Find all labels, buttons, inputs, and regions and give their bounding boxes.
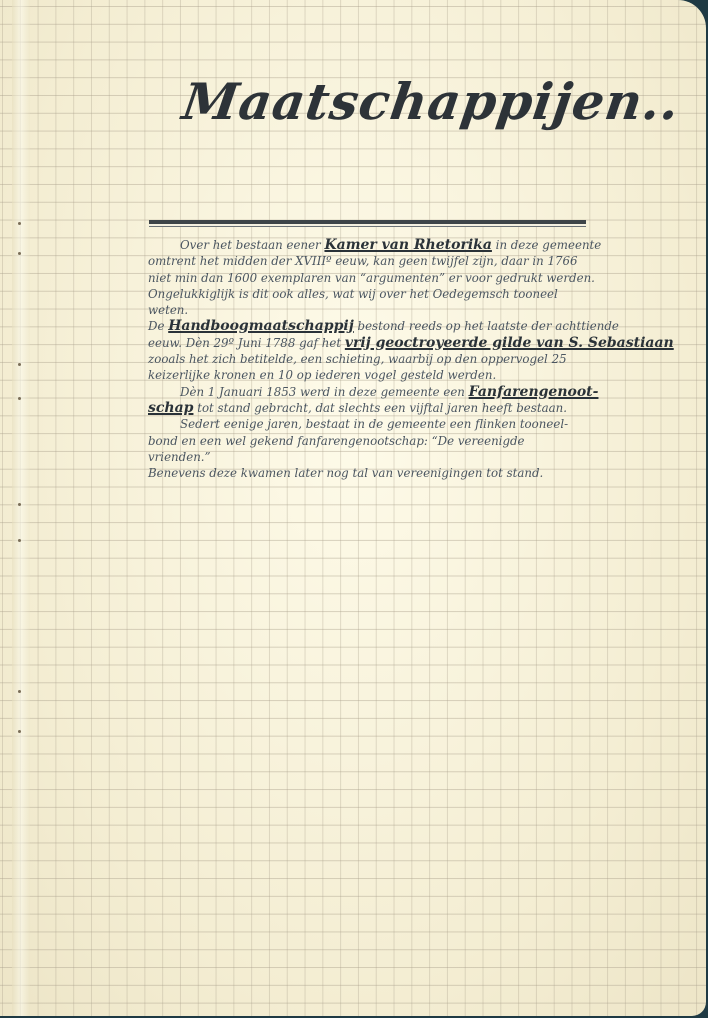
title-underline-divider xyxy=(149,220,586,224)
underlined-heading-phrase: Fanfarengenoot- xyxy=(469,384,599,400)
underlined-heading-phrase: Kamer van Rhetorika xyxy=(324,237,491,253)
margin-hole xyxy=(18,363,21,366)
text-fragment: keizerlijke kronen en 10 op iederen voge… xyxy=(148,368,496,382)
text-fragment: omtrent het midden der XVIIIº eeuw, kan … xyxy=(148,254,578,268)
text-fragment: niet min dan 1600 exemplaren van “argume… xyxy=(148,271,595,285)
text-fragment: De xyxy=(148,319,168,333)
text-line: Benevens deze kwamen later nog tal van v… xyxy=(148,465,706,481)
text-line: De Handboogmaatschappij bestond reeds op… xyxy=(148,318,706,334)
text-line: Sedert eenige jaren, bestaat in de gemee… xyxy=(148,416,706,432)
underlined-heading-phrase: schap xyxy=(148,400,193,416)
text-fragment: tot stand gebracht, dat slechts een vijf… xyxy=(193,401,567,415)
text-line: zooals het zich betitelde, een schieting… xyxy=(148,351,706,367)
text-fragment: eeuw. Dèn 29º Juni 1788 gaf het xyxy=(148,336,345,350)
text-fragment: bond en een wel gekend fanfarengenootsch… xyxy=(148,434,525,448)
text-line: bond en een wel gekend fanfarengenootsch… xyxy=(148,433,706,449)
text-fragment: zooals het zich betitelde, een schieting… xyxy=(148,352,567,366)
text-line: niet min dan 1600 exemplaren van “argume… xyxy=(148,270,706,286)
margin-hole xyxy=(18,539,21,542)
text-fragment: Ongelukkiglijk is dit ook alles, wat wij… xyxy=(148,287,558,301)
text-line: omtrent het midden der XVIIIº eeuw, kan … xyxy=(148,253,706,269)
text-fragment: Dèn 1 Januari 1853 werd in deze gemeente… xyxy=(180,385,469,399)
margin-hole xyxy=(18,252,21,255)
text-line: weten. xyxy=(148,302,706,318)
text-fragment: bestond reeds op het laatste der achttie… xyxy=(354,319,619,333)
margin-hole xyxy=(18,690,21,693)
text-fragment: weten. xyxy=(148,303,188,317)
text-line: eeuw. Dèn 29º Juni 1788 gaf het vrij geo… xyxy=(148,335,706,351)
text-fragment: Benevens deze kwamen later nog tal van v… xyxy=(148,466,543,480)
underlined-heading-phrase: vrij geoctroyeerde gilde van S. Sebastia… xyxy=(345,335,674,351)
text-fragment: in deze gemeente xyxy=(492,238,601,252)
margin-hole xyxy=(18,397,21,400)
handwritten-body: Over het bestaan eener Kamer van Rhetori… xyxy=(148,237,706,481)
text-fragment: vrienden.” xyxy=(148,450,211,464)
page-crease xyxy=(12,0,30,1016)
text-line: schap tot stand gebracht, dat slechts ee… xyxy=(148,400,706,416)
text-line: vrienden.” xyxy=(148,449,706,465)
text-fragment: Sedert eenige jaren, bestaat in de gemee… xyxy=(180,417,568,431)
notebook-page: Maatschappijen.. Over het bestaan eener … xyxy=(0,0,706,1016)
margin-hole xyxy=(18,503,21,506)
text-line: Over het bestaan eener Kamer van Rhetori… xyxy=(148,237,706,253)
margin-hole xyxy=(18,222,21,225)
text-line: keizerlijke kronen en 10 op iederen voge… xyxy=(148,367,706,383)
text-line: Dèn 1 Januari 1853 werd in deze gemeente… xyxy=(148,384,706,400)
page-title: Maatschappijen.. xyxy=(179,72,684,131)
text-fragment: Over het bestaan eener xyxy=(180,238,324,252)
text-line: Ongelukkiglijk is dit ook alles, wat wij… xyxy=(148,286,706,302)
underlined-heading-phrase: Handboogmaatschappij xyxy=(168,318,354,334)
margin-hole xyxy=(18,730,21,733)
